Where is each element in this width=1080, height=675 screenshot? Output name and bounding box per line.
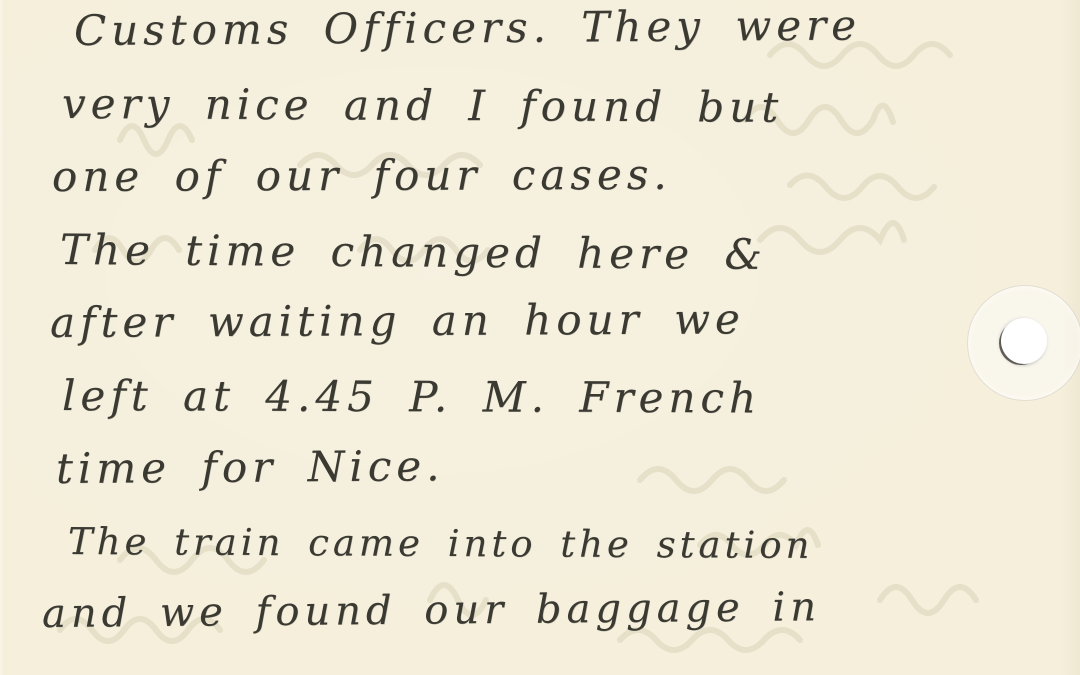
handwritten-line: very nice and I found but <box>62 67 1052 145</box>
handwritten-line: time for Nice. <box>56 425 1052 505</box>
letter-page: Customs Officers. They were very nice an… <box>0 0 1080 675</box>
handwritten-line: left at 4.45 P. M. French <box>62 359 1052 435</box>
handwritten-line: and we found our baggage in <box>42 569 1053 651</box>
paper-edge-highlight <box>0 0 5 675</box>
punch-hole-reinforcement-ring <box>967 285 1080 401</box>
handwritten-line: Customs Officers. They were <box>74 0 1052 67</box>
handwritten-line: one of our four cases. <box>52 137 1052 213</box>
punch-hole <box>1001 318 1047 364</box>
handwritten-text: Customs Officers. They were very nice an… <box>42 0 1052 651</box>
handwritten-line: after waiting an hour we <box>50 281 1052 359</box>
